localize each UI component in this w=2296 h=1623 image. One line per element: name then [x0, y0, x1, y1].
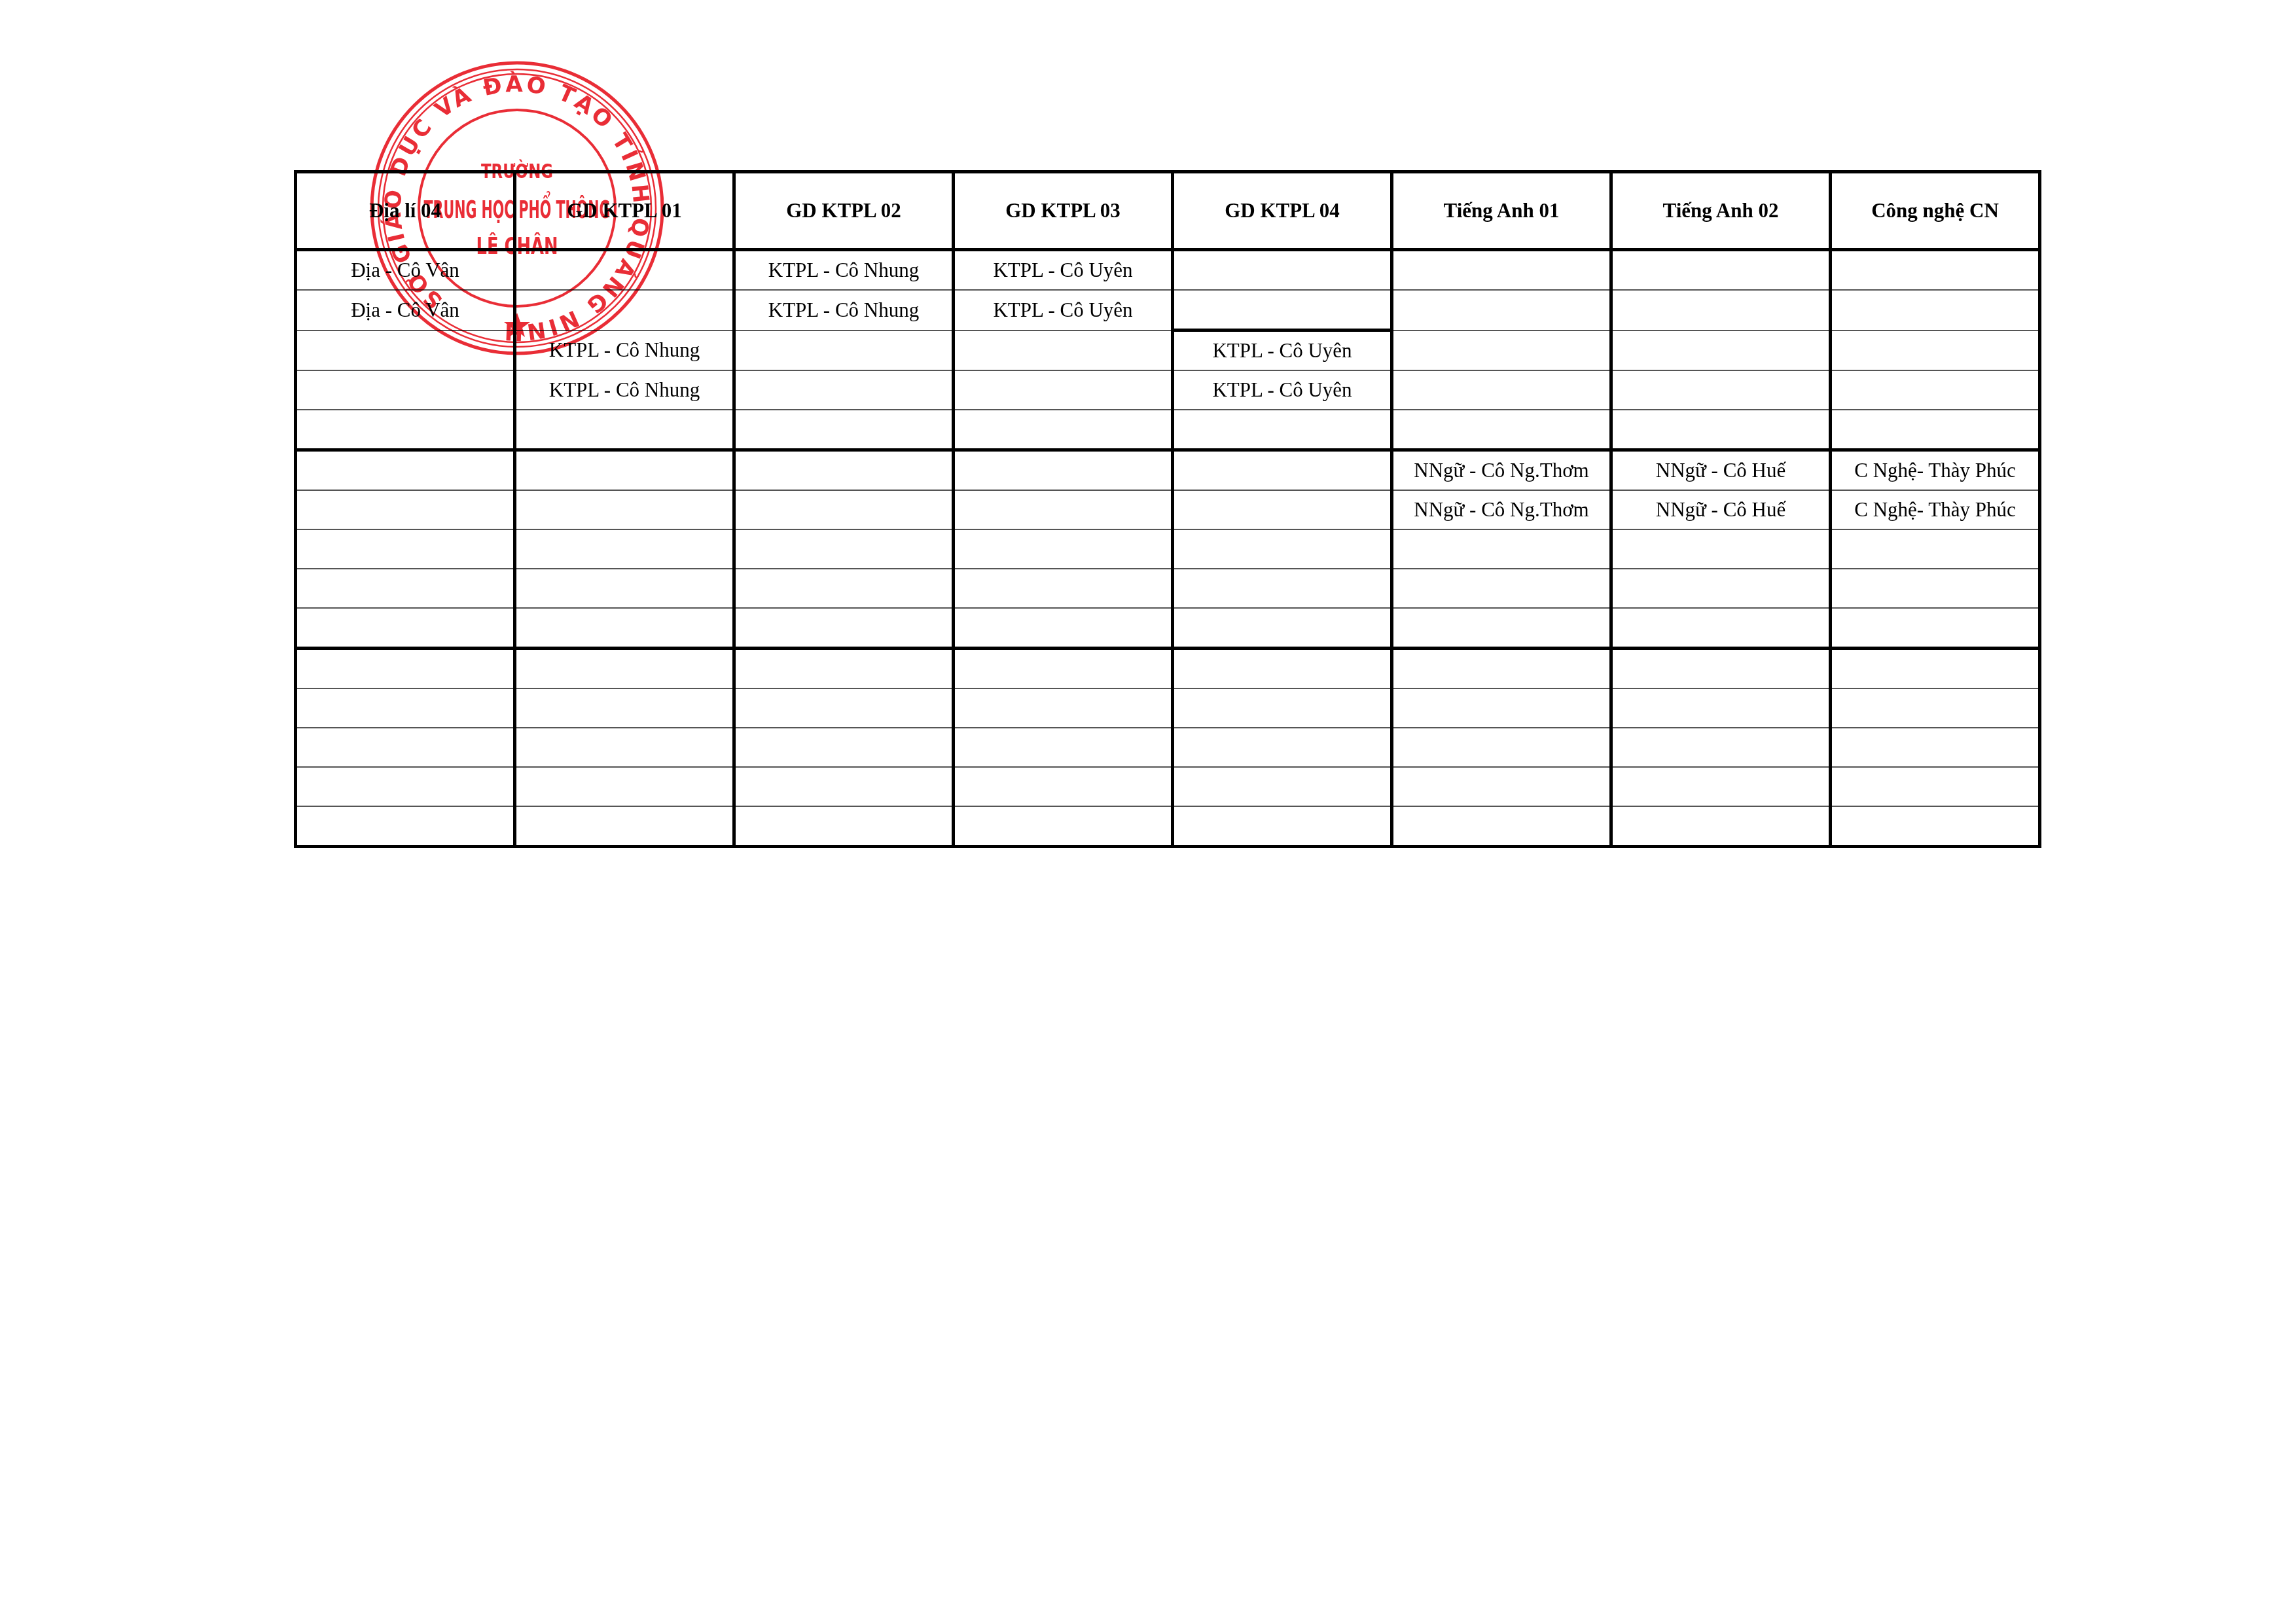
table-cell — [515, 569, 734, 608]
table-cell — [1831, 330, 2040, 371]
timetable: Địa lí 04 GD KTPL 01 GD KTPL 02 GD KTPL … — [294, 170, 2041, 848]
table-row: KTPL - Cô NhungKTPL - Cô Uyên — [296, 370, 2040, 410]
table-cell — [734, 490, 954, 529]
table-cell — [954, 608, 1173, 649]
table-cell: Địa - Cô Vân — [296, 250, 515, 291]
table-cell — [734, 569, 954, 608]
table-cell — [515, 728, 734, 767]
table-cell — [734, 649, 954, 689]
table-cell: NNgữ - Cô Ng.Thơm — [1392, 490, 1611, 529]
table-cell — [515, 450, 734, 491]
table-row — [296, 529, 2040, 569]
table-cell — [1831, 250, 2040, 291]
table-cell — [1392, 569, 1611, 608]
table-cell — [1392, 608, 1611, 649]
table-cell — [515, 649, 734, 689]
table-cell — [1831, 767, 2040, 806]
table-cell — [1611, 608, 1831, 649]
table-cell — [1392, 330, 1611, 371]
table-cell — [1831, 608, 2040, 649]
table-cell: NNgữ - Cô Huế — [1611, 450, 1831, 491]
table-cell — [296, 806, 515, 847]
table-cell — [954, 370, 1173, 410]
table-row — [296, 569, 2040, 608]
table-cell — [1611, 250, 1831, 291]
table-cell — [1392, 529, 1611, 569]
table-cell — [954, 688, 1173, 728]
column-header-tieng-anh-01: Tiếng Anh 01 — [1392, 172, 1611, 250]
table-row — [296, 806, 2040, 847]
table-cell: KTPL - Cô Uyên — [1173, 370, 1392, 410]
column-header-dia-li-04: Địa lí 04 — [296, 172, 515, 250]
table-cell — [954, 450, 1173, 491]
table-cell — [734, 806, 954, 847]
document-page: Địa lí 04 GD KTPL 01 GD KTPL 02 GD KTPL … — [0, 0, 2296, 1623]
table-cell — [734, 330, 954, 371]
table-cell — [1173, 569, 1392, 608]
table-cell — [1173, 767, 1392, 806]
table-cell — [734, 370, 954, 410]
table-row — [296, 728, 2040, 767]
table-cell: KTPL - Cô Nhung — [734, 290, 954, 330]
table-cell — [1611, 529, 1831, 569]
table-cell — [296, 688, 515, 728]
table-cell — [515, 410, 734, 450]
table-cell — [515, 490, 734, 529]
timetable-body: Địa - Cô VânKTPL - Cô NhungKTPL - Cô Uyê… — [296, 250, 2040, 847]
table-cell — [1173, 290, 1392, 330]
table-cell: Địa - Cô Vân — [296, 290, 515, 330]
column-header-gd-ktpl-04: GD KTPL 04 — [1173, 172, 1392, 250]
table-cell — [1173, 649, 1392, 689]
table-cell — [954, 728, 1173, 767]
table-cell — [734, 410, 954, 450]
table-cell — [1392, 688, 1611, 728]
column-header-gd-ktpl-03: GD KTPL 03 — [954, 172, 1173, 250]
table-cell — [954, 569, 1173, 608]
table-cell — [1173, 806, 1392, 847]
table-cell — [1392, 767, 1611, 806]
table-cell — [1611, 330, 1831, 371]
table-cell — [1611, 728, 1831, 767]
table-cell — [296, 490, 515, 529]
table-cell — [1173, 410, 1392, 450]
table-cell — [515, 806, 734, 847]
table-cell — [296, 410, 515, 450]
table-cell — [954, 490, 1173, 529]
table-row: Địa - Cô VânKTPL - Cô NhungKTPL - Cô Uyê… — [296, 290, 2040, 330]
table-row — [296, 410, 2040, 450]
table-cell — [1392, 370, 1611, 410]
table-cell — [1611, 370, 1831, 410]
table-cell — [1392, 290, 1611, 330]
table-cell — [734, 767, 954, 806]
table-cell — [296, 330, 515, 371]
table-cell: KTPL - Cô Uyên — [1173, 330, 1392, 371]
table-cell — [1392, 410, 1611, 450]
table-cell: C Nghệ- Thày Phúc — [1831, 450, 2040, 491]
table-cell — [1173, 529, 1392, 569]
table-cell — [515, 529, 734, 569]
table-cell — [296, 649, 515, 689]
table-cell — [734, 688, 954, 728]
table-cell — [296, 728, 515, 767]
table-cell — [1831, 649, 2040, 689]
table-row — [296, 649, 2040, 689]
table-cell — [1831, 806, 2040, 847]
table-cell — [1611, 688, 1831, 728]
table-cell: C Nghệ- Thày Phúc — [1831, 490, 2040, 529]
table-cell — [954, 330, 1173, 371]
table-cell — [734, 728, 954, 767]
table-cell — [1392, 250, 1611, 291]
table-cell — [1392, 728, 1611, 767]
column-header-gd-ktpl-01: GD KTPL 01 — [515, 172, 734, 250]
table-cell: KTPL - Cô Nhung — [734, 250, 954, 291]
table-cell — [1611, 410, 1831, 450]
table-cell — [1173, 450, 1392, 491]
table-cell: KTPL - Cô Nhung — [515, 330, 734, 371]
header-row: Địa lí 04 GD KTPL 01 GD KTPL 02 GD KTPL … — [296, 172, 2040, 250]
table-cell — [296, 529, 515, 569]
table-cell: NNgữ - Cô Ng.Thơm — [1392, 450, 1611, 491]
table-row — [296, 608, 2040, 649]
table-cell — [296, 569, 515, 608]
table-cell — [515, 608, 734, 649]
table-cell — [1392, 806, 1611, 847]
table-cell — [1611, 767, 1831, 806]
table-cell — [734, 608, 954, 649]
table-cell — [1611, 569, 1831, 608]
table-cell: KTPL - Cô Uyên — [954, 290, 1173, 330]
table-row: NNgữ - Cô Ng.ThơmNNgữ - Cô HuếC Nghệ- Th… — [296, 490, 2040, 529]
table-cell — [1831, 728, 2040, 767]
table-cell — [1611, 290, 1831, 330]
table-row: Địa - Cô VânKTPL - Cô NhungKTPL - Cô Uyê… — [296, 250, 2040, 291]
table-cell — [1831, 688, 2040, 728]
column-header-gd-ktpl-02: GD KTPL 02 — [734, 172, 954, 250]
table-cell — [1831, 569, 2040, 608]
table-cell: KTPL - Cô Nhung — [515, 370, 734, 410]
table-cell — [515, 290, 734, 330]
table-cell — [1173, 250, 1392, 291]
table-cell — [734, 450, 954, 491]
table-cell — [515, 250, 734, 291]
table-cell — [954, 410, 1173, 450]
table-cell: KTPL - Cô Uyên — [954, 250, 1173, 291]
table-cell — [1831, 370, 2040, 410]
table-cell — [296, 450, 515, 491]
table-cell — [1831, 290, 2040, 330]
table-cell: NNgữ - Cô Huế — [1611, 490, 1831, 529]
table-cell — [296, 608, 515, 649]
table-cell — [1611, 806, 1831, 847]
table-cell — [515, 688, 734, 728]
table-cell — [1173, 728, 1392, 767]
table-cell — [954, 767, 1173, 806]
table-cell — [954, 806, 1173, 847]
table-row — [296, 688, 2040, 728]
table-cell — [296, 370, 515, 410]
table-row: KTPL - Cô NhungKTPL - Cô Uyên — [296, 330, 2040, 371]
table-cell — [1173, 688, 1392, 728]
table-cell — [1611, 649, 1831, 689]
table-cell — [1173, 490, 1392, 529]
table-cell — [1831, 410, 2040, 450]
table-cell — [954, 649, 1173, 689]
column-header-cong-nghe-cn: Công nghệ CN — [1831, 172, 2040, 250]
table-cell — [515, 767, 734, 806]
table-cell — [734, 529, 954, 569]
table-row — [296, 767, 2040, 806]
column-header-tieng-anh-02: Tiếng Anh 02 — [1611, 172, 1831, 250]
table-cell — [1173, 608, 1392, 649]
table-cell — [954, 529, 1173, 569]
table-cell — [1831, 529, 2040, 569]
table-row: NNgữ - Cô Ng.ThơmNNgữ - Cô HuếC Nghệ- Th… — [296, 450, 2040, 491]
table-cell — [1392, 649, 1611, 689]
table-cell — [296, 767, 515, 806]
